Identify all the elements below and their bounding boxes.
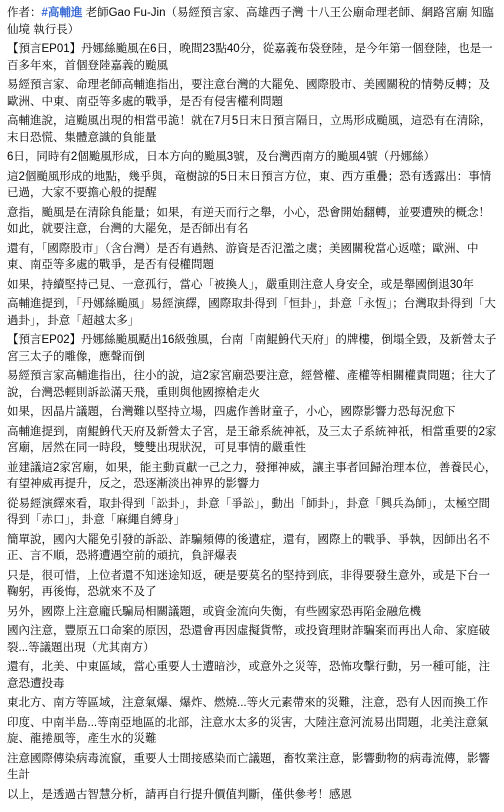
author-line: 作者：#高輔進 老師Gao Fu-Jin（易經預言家、高雄西子灣 十八王公廟命理… <box>7 5 497 38</box>
post-paragraph: 並建議這2家宮廟，如果，能主動貢獻一己之力，發揮神威，讓主事者回歸治理本位，善養… <box>7 460 497 493</box>
post-paragraph: 這2個颱風形成的地點，幾乎與，竜樹諒的5日末日預言方位，東、西方重疊；恐有透露出… <box>7 169 497 202</box>
post-paragraph: 如果，持續堅持己見、一意孤行，當心「被換人」，嚴重則注意人身安全，或是舉國倒退3… <box>7 277 497 294</box>
post-paragraph-ep01: 【預言EP01】丹娜絲颱風在6日，晚間23點40分，從嘉義布袋登陸，是今年第一個… <box>7 41 497 74</box>
post-paragraph: 東北方、南方等區域，注意氣爆、爆炸、燃燒...等火元素帶來的災難，注意，恐有人因… <box>7 695 497 712</box>
post-paragraph: 易經預言家、命理老師高輔進指出，要注意台灣的大罷免、國際股市、美國關稅的情勢反轉… <box>7 77 497 110</box>
post-paragraph: 高輔進提到，「丹娜絲颱風」易經演繹，國際取卦得到「恒卦」，卦意「永恆」；台灣取卦… <box>7 296 497 329</box>
post-paragraph: 另外，國際上注意龐氏騙局相關議題，或資金流向失衡，有些國家恐再陷金融危機 <box>7 604 497 621</box>
post-paragraph: 還有，「國際股市」（含台灣）是否有過熱、游資是否氾濫之虞；美國關稅當心返噬；歐洲… <box>7 241 497 274</box>
post-paragraph: 國內注意，豐原五口命案的原因，恐還會再因虛擬貨幣，或投資理財詐騙案而再出人命、家… <box>7 623 497 656</box>
post-paragraph: 易經預言家高輔進指出，往小的說，這2家宮廟恐要注意，經營權、產權等相關權責問題；… <box>7 368 497 401</box>
post-paragraph: 高輔進提到，南鯤鯓代天府及新營太子宮，是王爺系統神祇，及三太子系統神祇，相當重要… <box>7 424 497 457</box>
post-paragraph-ep02: 【預言EP02】丹娜絲颱風颳出16級強風，台南「南鯤鯓代天府」的牌樓，倒塌全毀，… <box>7 332 497 365</box>
post-paragraph: 簡單說，國內大罷免引發的訴訟、詐騙頻傳的後遺症，還有，國際上的戰爭、爭執，因師出… <box>7 532 497 565</box>
post-paragraph: 如果，因晶片議題，台灣難以堅持立場，四處作善財童子，小心，國際影響力恐每況愈下 <box>7 404 497 421</box>
post-paragraph: 注意國際傳染病毒流竄，重要人士間接感染而亡議題，畜牧業注意，影響動物的病毒流傳，… <box>7 751 497 784</box>
author-label: 作者： <box>7 7 42 19</box>
post-paragraph: 高輔進說，這颱風出現的相當弔詭！就在7月5日末日預言隔日，立馬形成颱風，這恐有在… <box>7 113 497 146</box>
post-paragraph: 還有，北美、中東區域，當心重要人士遭暗沙，或意外之災等，恐怖攻擊行動，另一種可能… <box>7 659 497 692</box>
post-body: 作者：#高輔進 老師Gao Fu-Jin（易經預言家、高雄西子灣 十八王公廟命理… <box>0 0 504 812</box>
post-paragraph: 從易經演繹來看，取卦得到「訟卦」，卦意「爭訟」，動出「師卦」，卦意「興兵為師」，… <box>7 496 497 529</box>
post-paragraph: 6日，同時有2個颱風形成，日本方向的颱風3號，及台灣西南方的颱風4號（丹娜絲） <box>7 149 497 166</box>
post-paragraph: 只是，很可惜，上位者還不知迷途知返，硬是要莫名的堅持到底，非得要發生意外，或是下… <box>7 568 497 601</box>
post-paragraph: 印度、中南半島...等南亞地區的北部，注意水太多的災害，大陸注意河流易出問題，北… <box>7 715 497 748</box>
post-paragraph: 意指，颱風是在清除負能量；如果，有逆天而行之舉，小心，恐會開始翻轉，並要遭殃的概… <box>7 205 497 238</box>
author-hashtag-link[interactable]: #高輔進 <box>42 7 83 19</box>
